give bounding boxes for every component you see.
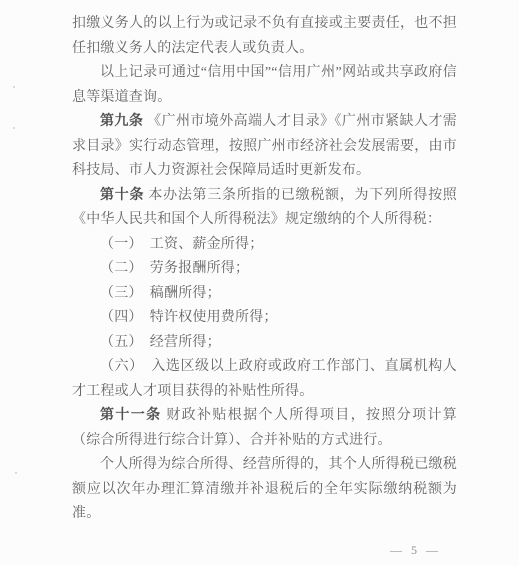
scan-speck [15,472,17,474]
body-paragraph: （二） 劳务报酬所得； [72,257,457,282]
body-paragraph: （四） 特许权使用费所得； [72,306,457,331]
scan-speck [13,86,15,88]
scan-speck [13,127,15,129]
body-paragraph: （三） 稿酬所得； [72,282,457,307]
document-body: 扣缴义务人的以上行为或记录不负有直接或主要责任，也不担任扣缴义务人的法定代表人或… [72,12,457,527]
article-paragraph: 第九条 《广州市境外高端人才目录》《广州市紧缺人才需求目录》实行动态管理，按照广… [72,110,457,184]
body-paragraph: 扣缴义务人的以上行为或记录不负有直接或主要责任，也不担任扣缴义务人的法定代表人或… [72,12,457,61]
body-paragraph: 个人所得为综合所得、经营所得的，其个人所得税已缴税额应以次年办理汇算清缴并补退税… [72,453,457,527]
article-number: 第十一条 [100,408,161,423]
article-paragraph: 第十条 本办法第三条所指的已缴税额，为下列所得按照《中华人民共和国个人所得税法》… [72,184,457,233]
scanned-document-page: 扣缴义务人的以上行为或记录不负有直接或主要责任，也不担任扣缴义务人的法定代表人或… [0,0,519,566]
body-paragraph: （一） 工资、薪金所得； [72,233,457,258]
article-number: 第九条 [100,114,143,129]
body-paragraph: （五） 经营所得； [72,331,457,356]
article-number: 第十条 [100,188,144,203]
body-paragraph: 以上记录可通过“信用中国”“信用广州”网站或共享政府信息等渠道查询。 [72,61,457,110]
article-paragraph: 第十一条 财政补贴根据个人所得项目，按照分项计算（综合所得进行综合计算）、合并补… [72,404,457,453]
page-number: — 5 — [390,543,441,558]
body-paragraph: （六） 入选区级以上政府或政府工作部门、直属机构人才工程或人才项目获得的补贴性所… [72,355,457,404]
